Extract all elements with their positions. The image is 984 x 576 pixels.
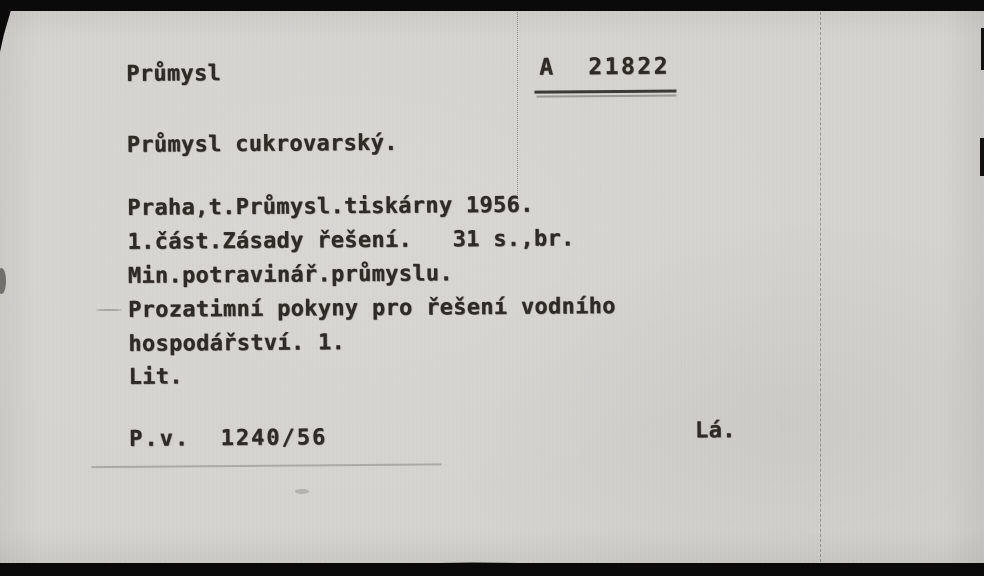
title-line-1: Prozatimní pokyny pro řešení vodního (128, 294, 616, 324)
scan-border-right-sliver (980, 138, 984, 176)
call-number-underline-echo (536, 95, 676, 98)
imprint-line: Praha,t.Průmysl.tiskárny 1956. (127, 193, 534, 222)
scanned-catalog-card: Průmysl A 21822 Průmysl cukrovarský. Pra… (0, 0, 984, 576)
call-number-underline (534, 90, 676, 94)
subject-heading: Průmysl (126, 61, 221, 88)
ministry-line: Min.potravinář.průmyslu. (128, 261, 453, 290)
lit-note: Lit. (129, 364, 183, 390)
subject-line: Průmysl cukrovarský. (127, 131, 398, 159)
part-collation-line: 1.část.Zásady řešení. 31 s.,br. (128, 226, 575, 256)
call-number: A 21822 (539, 54, 670, 81)
cataloguer-initials: Lá. (695, 418, 736, 444)
title-line-2: hospodářství. 1. (128, 330, 345, 358)
typed-content: Průmysl A 21822 Průmysl cukrovarský. Pra… (0, 0, 984, 576)
scan-border-top (0, 0, 984, 11)
footer-underline (91, 463, 441, 468)
accession-number: P.v. 1240/56 (129, 425, 327, 453)
